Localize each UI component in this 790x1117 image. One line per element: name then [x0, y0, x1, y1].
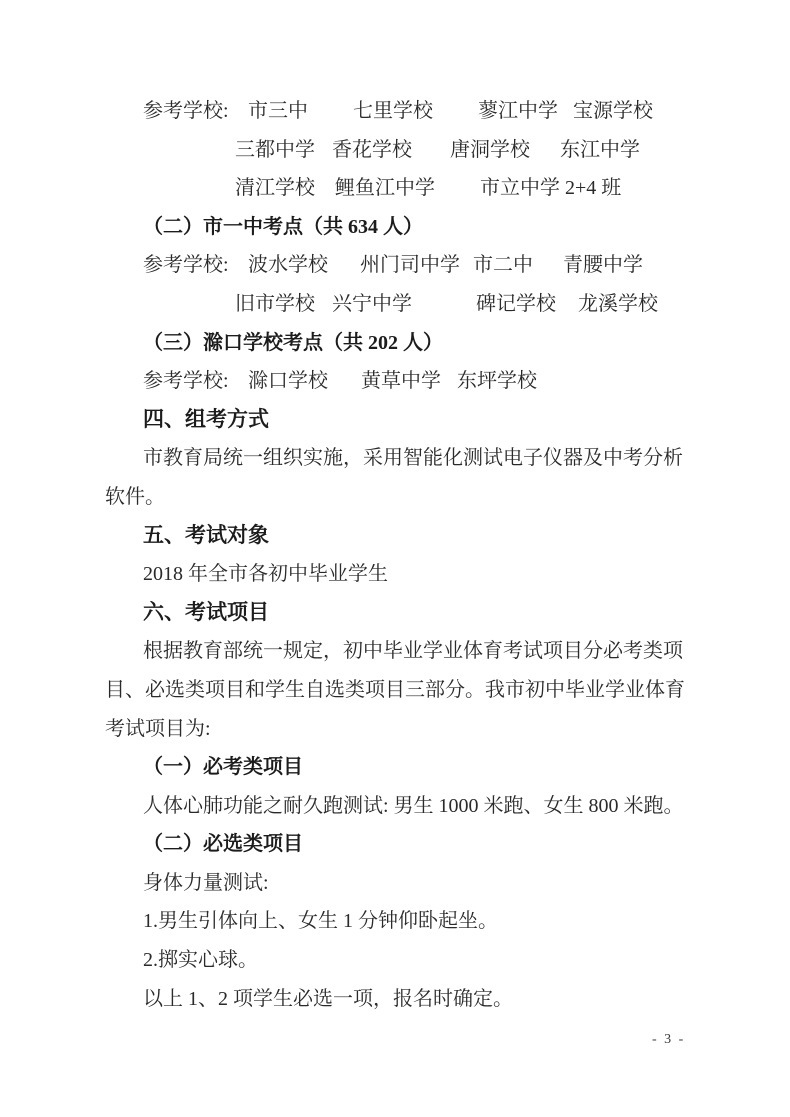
body-line: 人体心肺功能之耐久跑测试: 男生 1000 米跑、女生 800 米跑。 [105, 787, 697, 826]
school-list-row: 旧市学校 兴宁中学 碑记学校 龙溪学校 [105, 285, 697, 324]
document-body: 参考学校: 市三中 七里学校 蓼江中学 宝源学校 三都中学 香花学校 唐洞学校 … [105, 92, 697, 1018]
school-name: 七里学校 [353, 92, 473, 131]
school-list-label: 参考学校: [143, 246, 243, 285]
body-line: 2018 年全市各初中毕业学生 [105, 555, 697, 594]
school-list-row: 三都中学 香花学校 唐洞学校 东江中学 [105, 131, 697, 170]
subsection-2-heading: （二）必选类项目 [105, 825, 697, 864]
school-name: 青腰中学 [563, 246, 643, 285]
body-line: 2.掷实心球。 [105, 941, 697, 980]
body-line: 市教育局统一组织实施，采用智能化测试电子仪器及中考分析 [105, 439, 697, 478]
school-name: 州门司中学 [360, 246, 468, 285]
body-line: 考试项目为: [105, 710, 697, 749]
body-line: 根据教育部统一规定，初中毕业学业体育考试项目分必考类项 [105, 632, 697, 671]
school-name: 龙溪学校 [578, 285, 658, 324]
school-name: 波水学校 [248, 246, 355, 285]
school-name: 市二中 [473, 246, 558, 285]
site-b-heading: （二）市一中考点（共 634 人） [105, 208, 697, 247]
school-list-label: 参考学校: [143, 92, 243, 131]
body-line: 目、必选类项目和学生自选类项目三部分。我市初中毕业学业体育 [105, 671, 697, 710]
school-name: 市三中 [248, 92, 348, 131]
school-list-row: 清江学校 鲤鱼江中学 市立中学 2+4 班 [105, 169, 697, 208]
school-name: 东江中学 [560, 131, 640, 170]
body-line: 软件。 [105, 478, 697, 517]
school-name: 唐洞学校 [450, 131, 555, 170]
school-list-row: 参考学校: 波水学校 州门司中学 市二中 青腰中学 [105, 246, 697, 285]
school-name: 清江学校 [235, 169, 330, 208]
page-number: - 3 - [652, 1032, 685, 1048]
subsection-1-heading: （一）必考类项目 [105, 748, 697, 787]
school-list-row: 参考学校: 市三中 七里学校 蓼江中学 宝源学校 [105, 92, 697, 131]
school-name: 蓼江中学 [478, 92, 568, 131]
school-name: 香花学校 [332, 131, 445, 170]
school-name: 三都中学 [235, 131, 327, 170]
school-name: 兴宁中学 [332, 285, 471, 324]
school-list-label: 参考学校: [143, 362, 243, 401]
school-name: 碑记学校 [476, 285, 573, 324]
school-list-row: 参考学校: 滁口学校 黄草中学 东坪学校 [105, 362, 697, 401]
section-5-heading: 五、考试对象 [105, 517, 697, 556]
body-line: 身体力量测试: [105, 864, 697, 903]
section-4-heading: 四、组考方式 [105, 401, 697, 440]
section-6-heading: 六、考试项目 [105, 594, 697, 633]
school-name: 宝源学校 [573, 92, 653, 131]
document-page: 参考学校: 市三中 七里学校 蓼江中学 宝源学校 三都中学 香花学校 唐洞学校 … [0, 0, 790, 1117]
body-line: 以上 1、2 项学生必选一项，报名时确定。 [105, 980, 697, 1019]
site-c-heading: （三）滁口学校考点（共 202 人） [105, 324, 697, 363]
school-name: 黄草中学 [361, 362, 452, 401]
school-name: 旧市学校 [235, 285, 327, 324]
school-name: 市立中学 2+4 班 [480, 169, 621, 208]
school-name: 滁口学校 [248, 362, 356, 401]
body-line: 1.男生引体向上、女生 1 分钟仰卧起坐。 [105, 902, 697, 941]
school-name: 鲤鱼江中学 [335, 169, 475, 208]
school-name: 东坪学校 [457, 362, 537, 401]
